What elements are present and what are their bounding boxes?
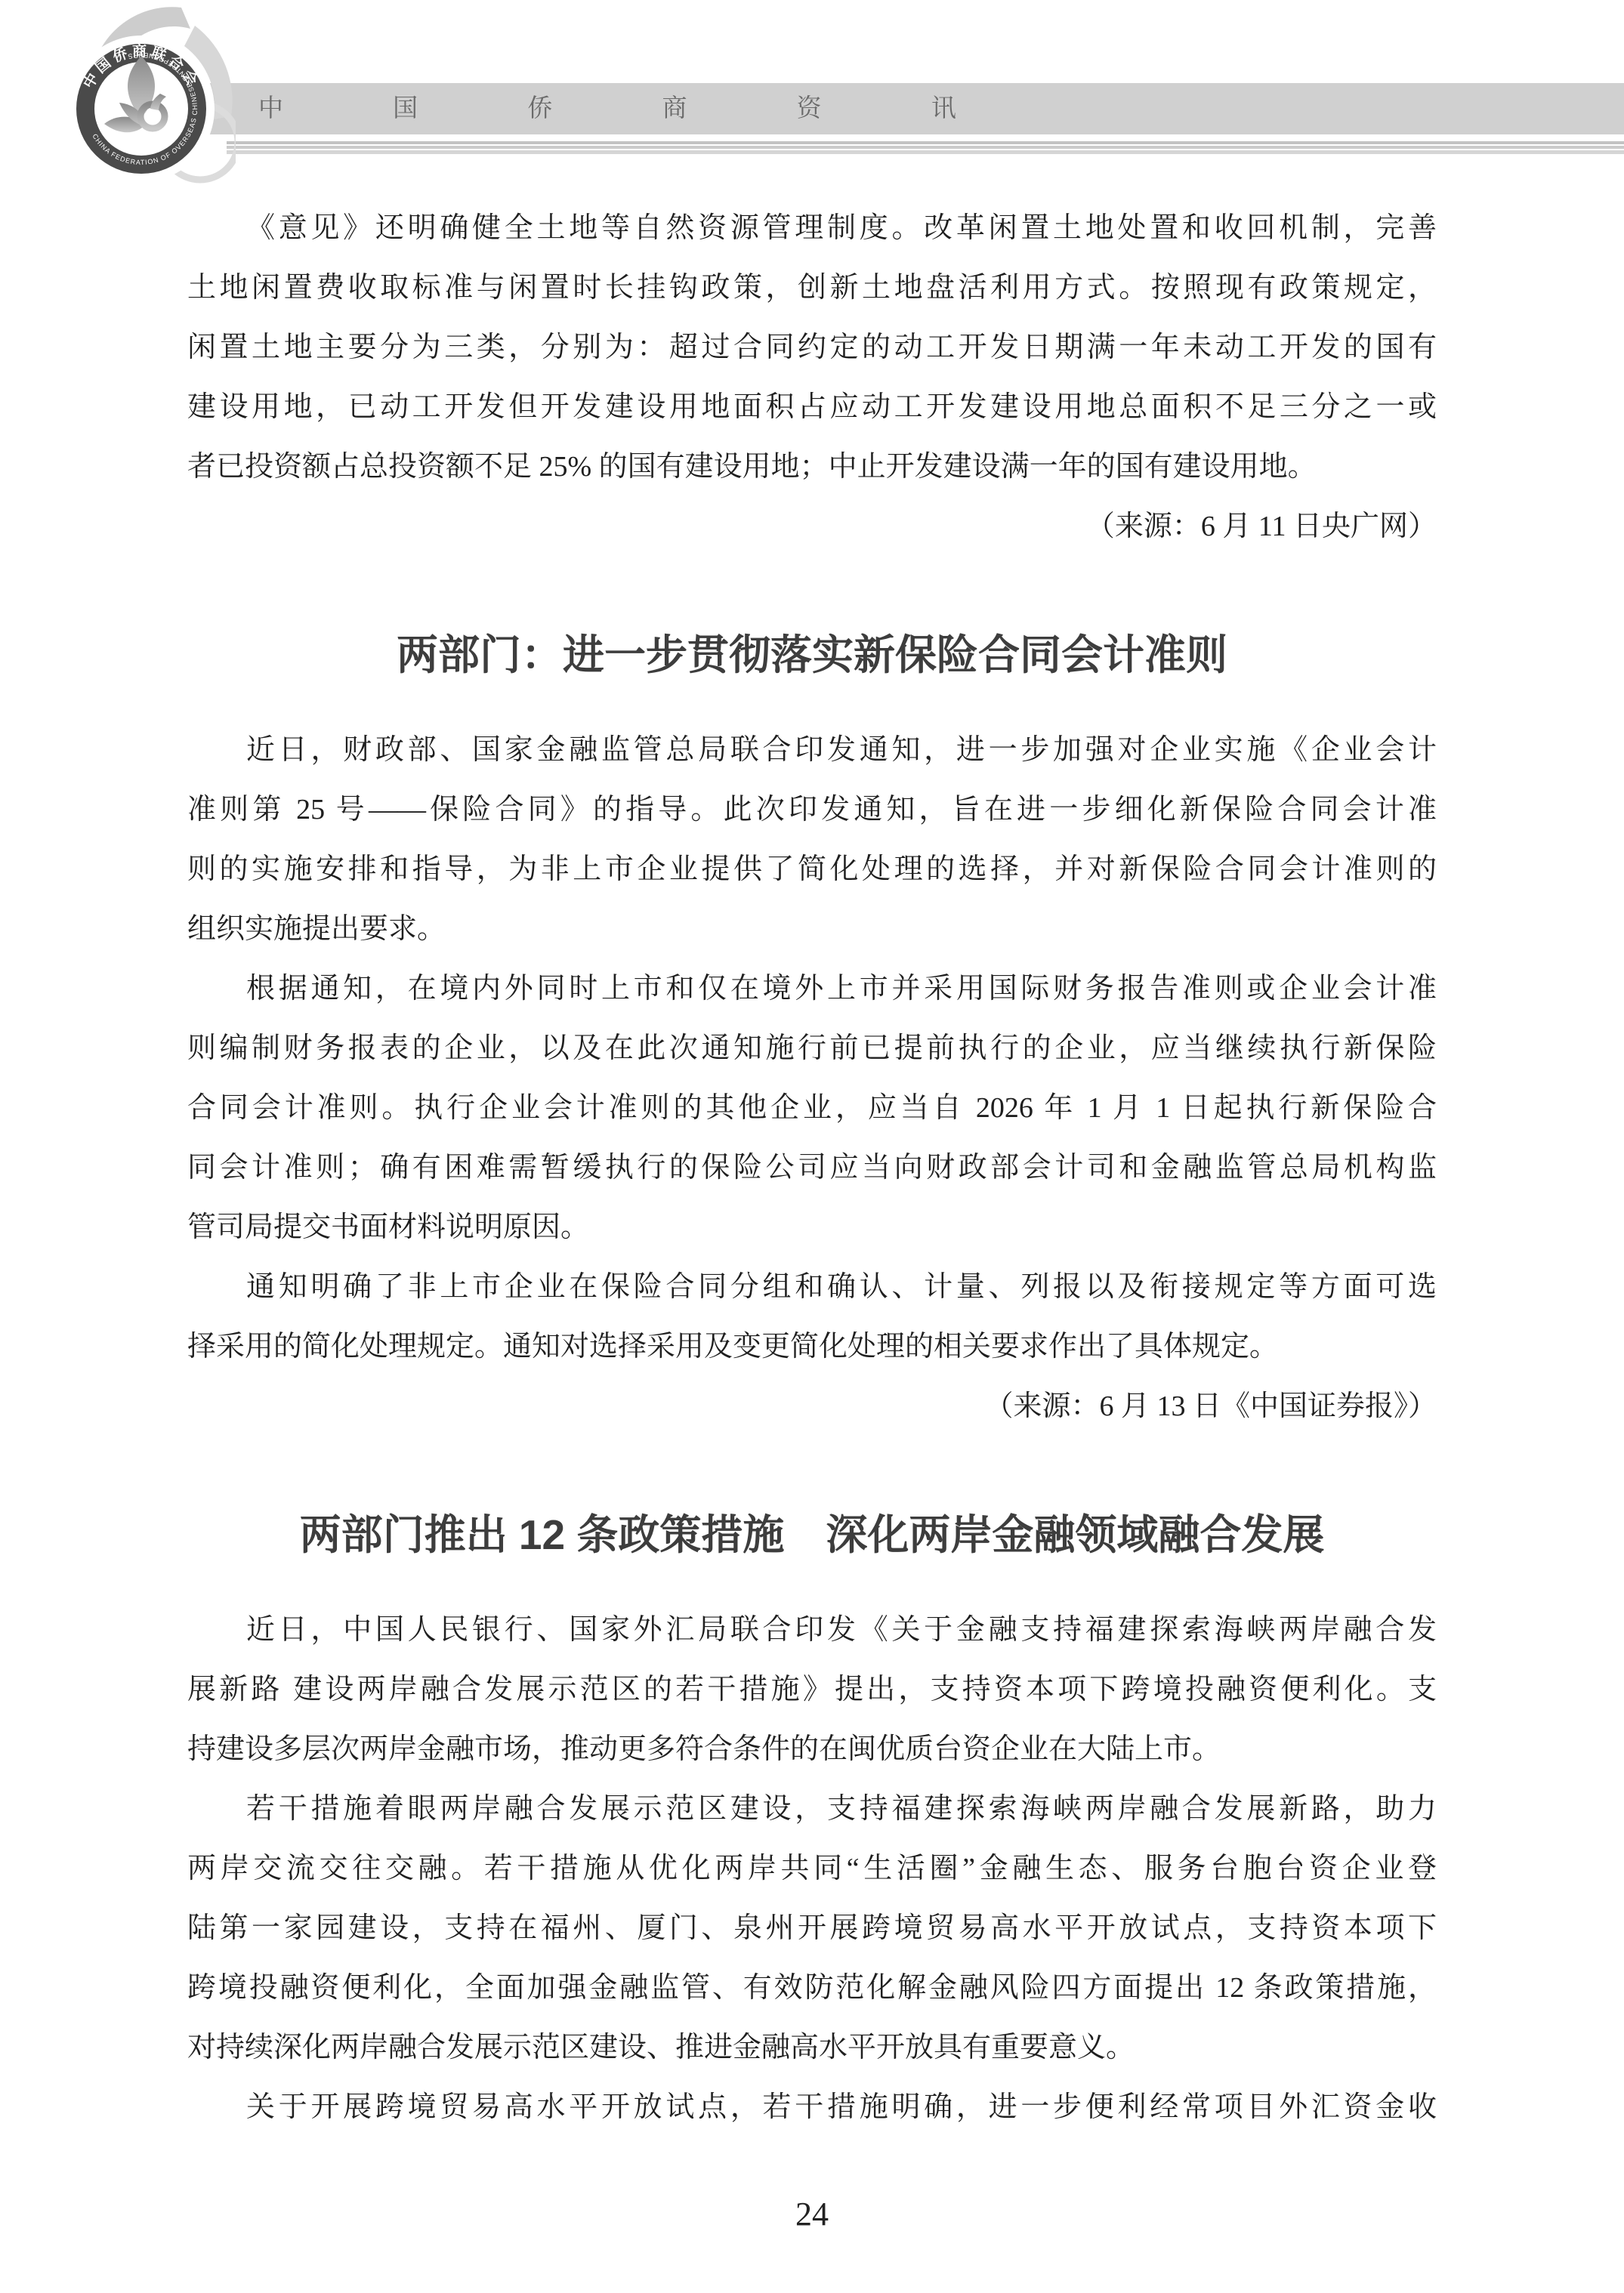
article-heading: 两部门：进一步贯彻落实新保险合同会计准则 [187, 628, 1437, 681]
divider-line [227, 141, 1624, 144]
body-text-line: 近日，财政部、国家金融监管总局联合印发通知，进一步加强对企业实施《企业会计 [187, 721, 1437, 780]
page-number: 24 [0, 2195, 1624, 2233]
body-text-line: 组织实施提出要求。 [187, 900, 1437, 959]
page-content: 《意见》还明确健全土地等自然资源管理制度。改革闲置土地处置和收回机制，完善土地闲… [187, 199, 1437, 2137]
body-text-line: 《意见》还明确健全土地等自然资源管理制度。改革闲置土地处置和收回机制，完善 [187, 199, 1437, 258]
logo-svg: 中国侨商联合会 CHINA FEDERATION OF OVERSEAS CHI… [47, 5, 236, 186]
article-heading: 两部门推出 12 条政策措施 深化两岸金融领域融合发展 [187, 1508, 1437, 1561]
banner-title: 中 国 侨 商 资 讯 [258, 83, 1008, 134]
body-text-line: 近日，中国人民银行、国家外汇局联合印发《关于金融支持福建探索海峡两岸融合发 [187, 1600, 1437, 1660]
body-text-line: 则的实施安排和指导，为非上市企业提供了简化处理的选择，并对新保险合同会计准则的 [187, 840, 1437, 900]
source-line: （来源：6 月 11 日央广网） [187, 497, 1437, 557]
source-line: （来源：6 月 13 日《中国证券报》） [187, 1377, 1437, 1437]
divider-line [227, 150, 1624, 154]
body-text-line: 土地闲置费收取标准与闲置时长挂钩政策，创新土地盘活利用方式。按照现有政策规定， [187, 258, 1437, 318]
divider-line [227, 146, 1624, 149]
body-text-line: 建设用地，已动工开发但开发建设用地面积占应动工开发建设用地总面积不足三分之一或 [187, 378, 1437, 437]
article: 《意见》还明确健全土地等自然资源管理制度。改革闲置土地处置和收回机制，完善土地闲… [187, 199, 1437, 557]
body-text-line: 对持续深化两岸融合发展示范区建设、推进金融高水平开放具有重要意义。 [187, 2018, 1437, 2078]
body-text-line: 管司局提交书面材料说明原因。 [187, 1198, 1437, 1258]
header-divider-lines [227, 141, 1624, 154]
body-text-line: 两岸交流交往交融。若干措施从优化两岸共同“生活圈”金融生态、服务台胞台资企业登 [187, 1839, 1437, 1899]
article: 两部门推出 12 条政策措施 深化两岸金融领域融合发展近日，中国人民银行、国家外… [187, 1508, 1437, 2137]
article: 两部门：进一步贯彻落实新保险合同会计准则近日，财政部、国家金融监管总局联合印发通… [187, 628, 1437, 1437]
body-text-line: 若干措施着眼两岸融合发展示范区建设，支持福建探索海峡两岸融合发展新路，助力 [187, 1779, 1437, 1839]
body-text-line: 跨境投融资便利化，全面加强金融监管、有效防范化解金融风险四方面提出 12 条政策… [187, 1958, 1437, 2018]
body-text-line: 展新路 建设两岸融合发展示范区的若干措施》提出，支持资本项下跨境投融资便利化。支 [187, 1660, 1437, 1720]
document-page: { "header": { "banner_title": "中国侨商资讯", … [0, 0, 1624, 2293]
body-text-line: 者已投资额占总投资额不足 25% 的国有建设用地；中止开发建设满一年的国有建设用… [187, 437, 1437, 497]
body-text-line: 准则第 25 号——保险合同》的指导。此次印发通知，旨在进一步细化新保险合同会计… [187, 780, 1437, 840]
body-text-line: 择采用的简化处理规定。通知对选择采用及变更简化处理的相关要求作出了具体规定。 [187, 1317, 1437, 1377]
body-text-line: 合同会计准则。执行企业会计准则的其他企业，应当自 2026 年 1 月 1 日起… [187, 1079, 1437, 1138]
federation-logo-icon: 中国侨商联合会 CHINA FEDERATION OF OVERSEAS CHI… [47, 5, 236, 186]
body-text-line: 陆第一家园建设，支持在福州、厦门、泉州开展跨境贸易高水平开放试点，支持资本项下 [187, 1899, 1437, 1958]
body-text-line: 持建设多层次两岸金融市场，推动更多符合条件的在闽优质台资企业在大陆上市。 [187, 1720, 1437, 1779]
body-text-line: 同会计准则；确有困难需暂缓执行的保险公司应当向财政部会计司和金融监管总局机构监 [187, 1138, 1437, 1198]
body-text-line: 则编制财务报表的企业，以及在此次通知施行前已提前执行的企业，应当继续执行新保险 [187, 1019, 1437, 1079]
body-text-line: 关于开展跨境贸易高水平开放试点，若干措施明确，进一步便利经常项目外汇资金收 [187, 2078, 1437, 2137]
body-text-line: 根据通知，在境内外同时上市和仅在境外上市并采用国际财务报告准则或企业会计准 [187, 959, 1437, 1019]
header-banner: 中 国 侨 商 资 讯 [195, 83, 1624, 134]
body-text-line: 通知明确了非上市企业在保险合同分组和确认、计量、列报以及衔接规定等方面可选 [187, 1258, 1437, 1317]
body-text-line: 闲置土地主要分为三类，分别为：超过合同约定的动工开发日期满一年未动工开发的国有 [187, 318, 1437, 378]
